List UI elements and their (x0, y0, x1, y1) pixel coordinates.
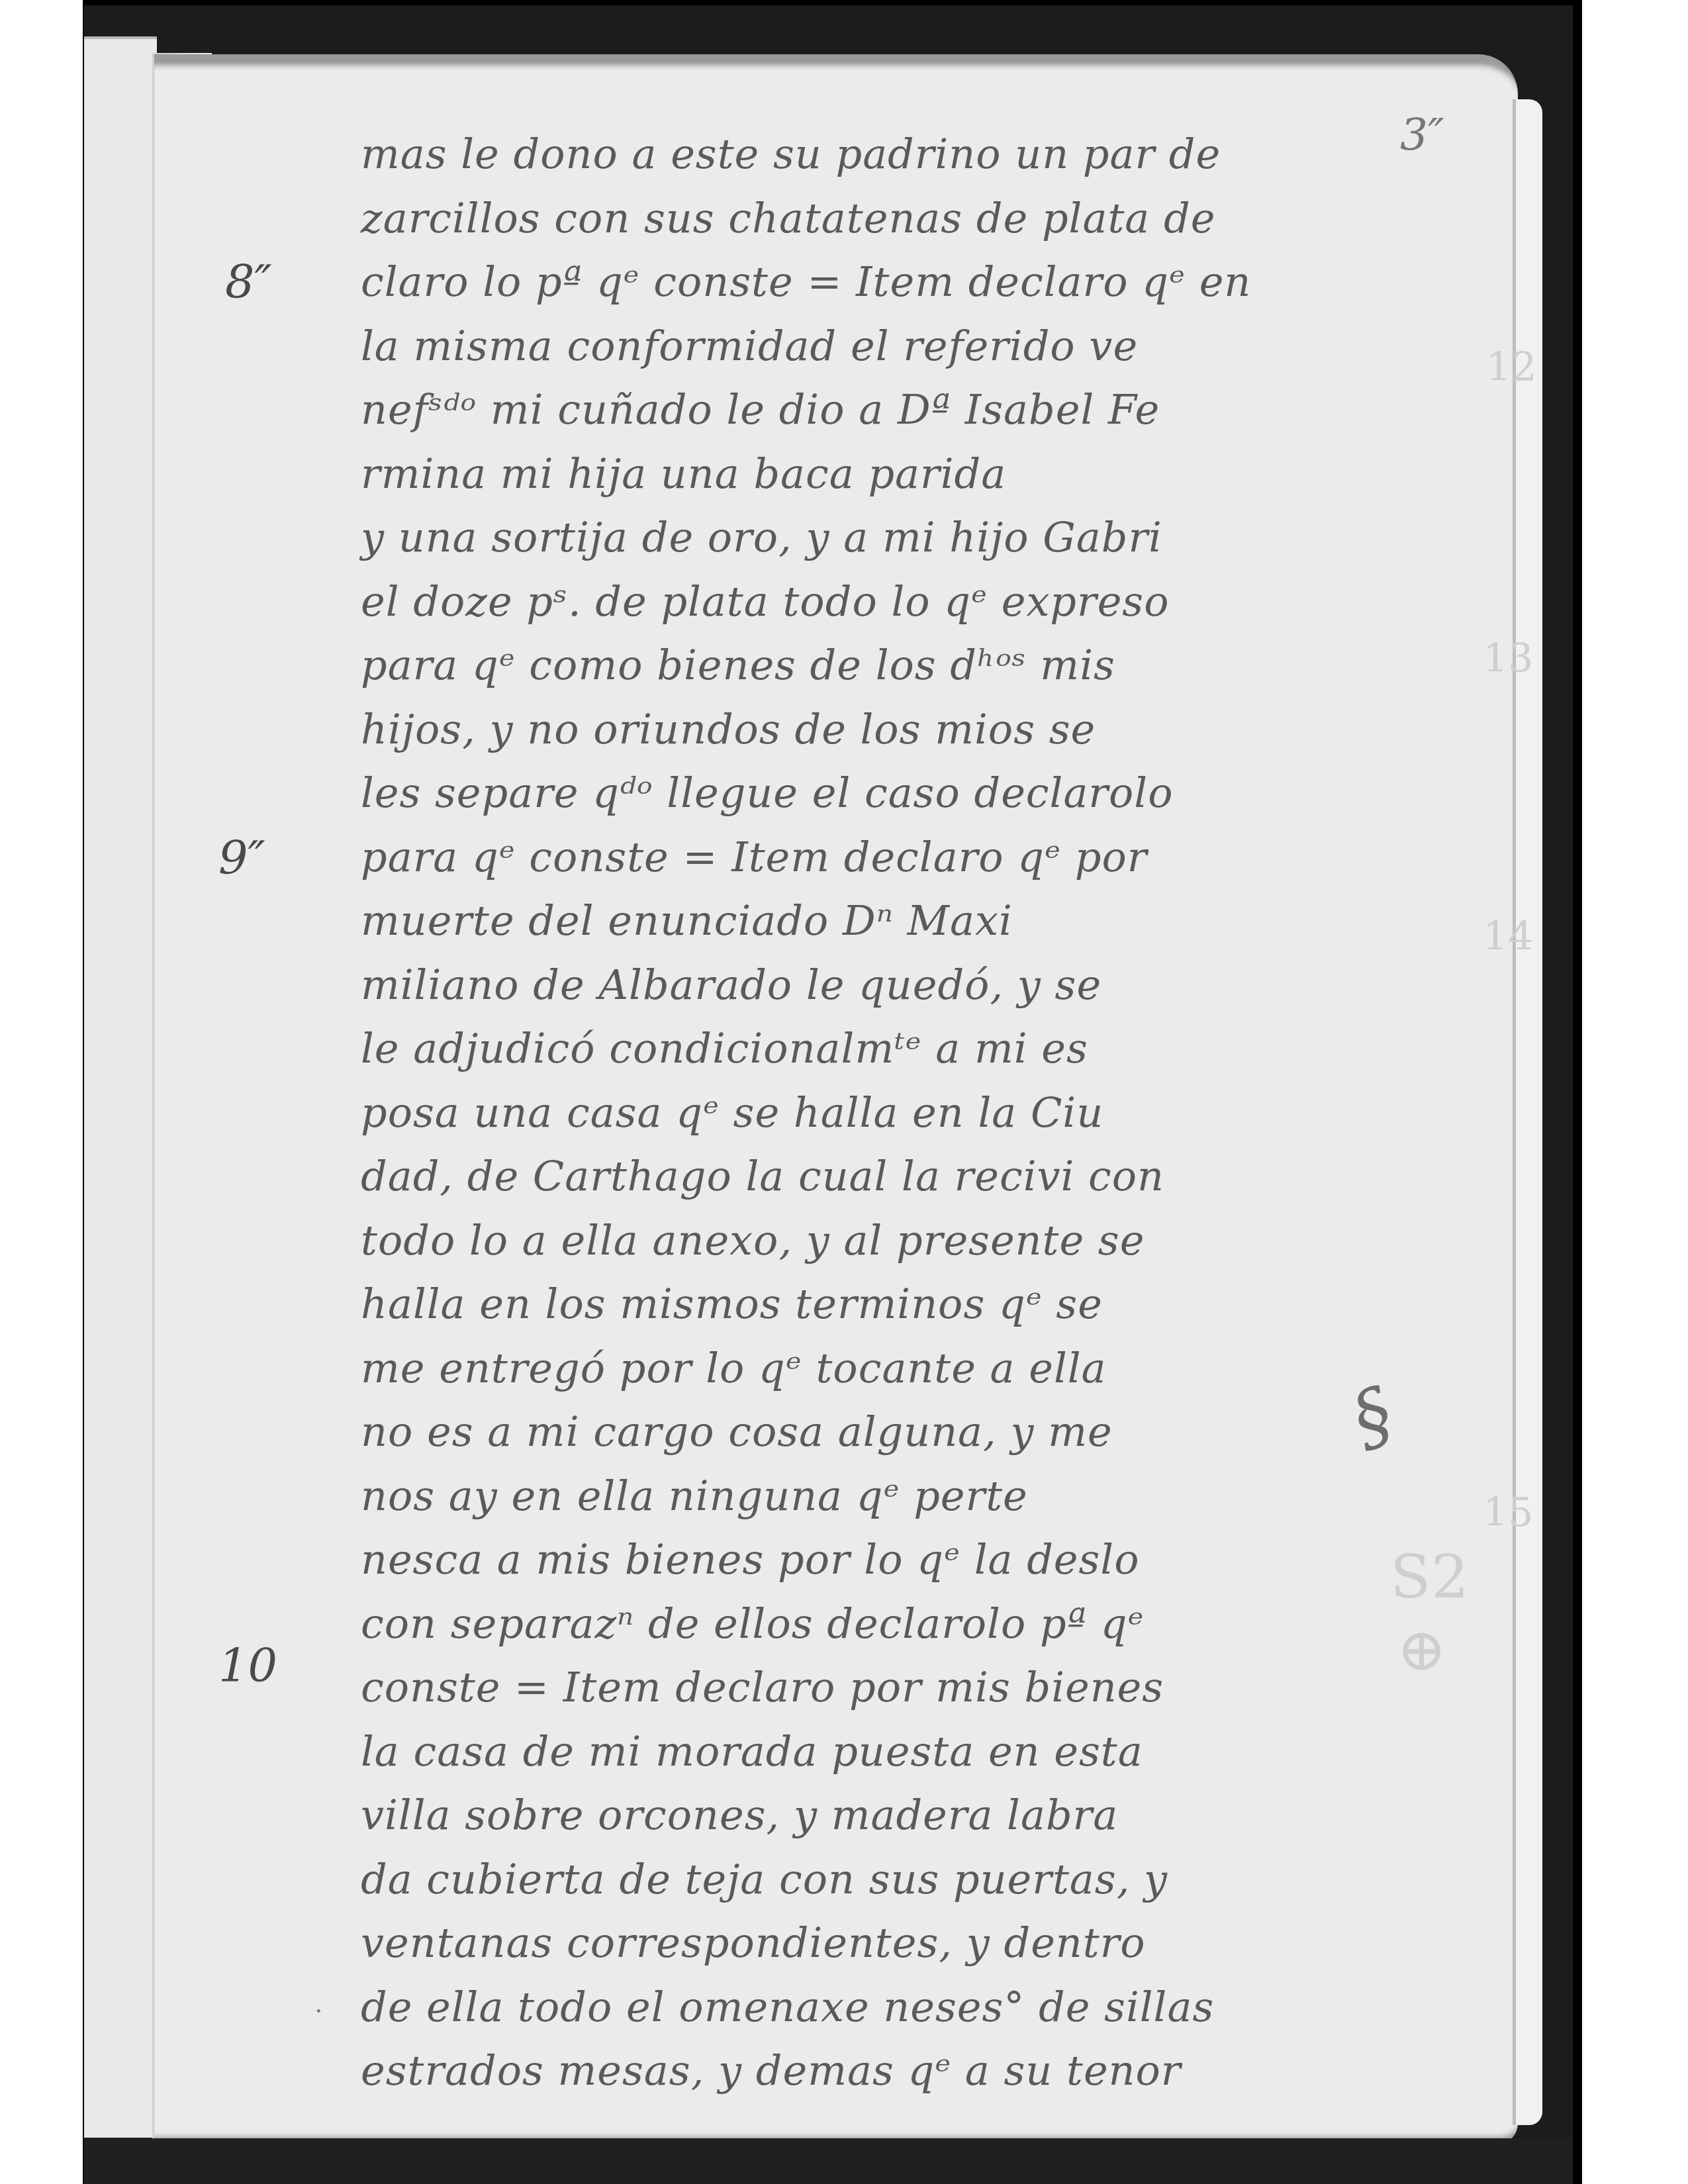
bleed-through-number: 14 (1483, 914, 1533, 960)
manuscript-line: nefˢᵈᵒ mi cuñado le dio a Dª Isabel Fe (361, 378, 1380, 442)
manuscript-line: claro lo pª qᵉ conste = Item declaro qᵉ … (361, 250, 1380, 314)
folio-number-value: 3 (1400, 109, 1428, 160)
previous-page-edge (84, 36, 157, 2138)
manuscript-line: todo lo a ella anexo, y al presente se (361, 1209, 1380, 1273)
folio-number: 3″ (1400, 109, 1444, 160)
manuscript-line: con separazⁿ de ellos declarolo pª qᵉ (361, 1592, 1380, 1656)
bleed-through-number: 13 (1483, 636, 1533, 682)
manuscript-line: conste = Item declaro por mis bienes (361, 1656, 1380, 1720)
scan-bottom-background (83, 2138, 1582, 2184)
manuscript-line: me entregó por lo qᵉ tocante a ella (361, 1337, 1380, 1401)
manuscript-body-text: mas le dono a este su padrino un par de … (361, 122, 1380, 2103)
manuscript-line: dad, de Carthago la cual la recivi con (361, 1145, 1380, 1209)
manuscript-line: zarcillos con sus chatatenas de plata de (361, 187, 1380, 251)
manuscript-line: el doze pˢ. de plata todo lo qᵉ expreso (361, 570, 1380, 634)
manuscript-line: ventanas correspondientes, y dentro (361, 1911, 1380, 1975)
bleed-through-number: 15 (1483, 1490, 1533, 1536)
manuscript-line: para qᵉ como bienes de los dʰᵒˢ mis (361, 634, 1380, 698)
manuscript-line: muerte del enunciado Dⁿ Maxi (361, 889, 1380, 953)
manuscript-line: la misma conformidad el referido ve (361, 314, 1380, 379)
manuscript-line: villa sobre orcones, y madera labra (361, 1783, 1380, 1848)
margin-note-item-9: 9″ (218, 831, 265, 885)
folio-suffix: ″ (1428, 109, 1444, 160)
manuscript-line: les separe qᵈᵒ llegue el caso declarolo (361, 761, 1380, 826)
manuscript-line: nos ay en ella ninguna qᵉ perte (361, 1464, 1380, 1529)
manuscript-line: nesca a mis bienes por lo qᵉ la deslo (361, 1528, 1380, 1592)
manuscript-line: para qᵉ conste = Item declaro qᵉ por (361, 826, 1380, 890)
manuscript-line: de ella todo el omenaxe neses° de sillas (361, 1975, 1380, 2040)
right-paper-edge (1513, 99, 1542, 2125)
bleed-through-cross-mark: ⊕ (1397, 1615, 1446, 1685)
manuscript-line: da cubierta de teja con sus puertas, y (361, 1848, 1380, 1912)
manuscript-line: miliano de Albarado le quedó, y se (361, 953, 1380, 1018)
manuscript-line: posa una casa qᵉ se halla en la Ciu (361, 1081, 1380, 1145)
bleed-through-number: 12 (1486, 344, 1536, 391)
manuscript-line: hijos, y no oriundos de los mios se (361, 698, 1380, 762)
manuscript-line: la casa de mi morada puesta en esta (361, 1720, 1380, 1784)
manuscript-line: halla en los mismos terminos qᵉ se (361, 1272, 1380, 1337)
margin-note-item-8: 8″ (225, 255, 272, 309)
manuscript-line: mas le dono a este su padrino un par de (361, 122, 1380, 187)
manuscript-line: y una sortija de oro, y a mi hijo Gabri (361, 506, 1380, 570)
stray-ink-mark: · (314, 1996, 323, 2026)
manuscript-line: le adjudicó condicionalmᵗᵉ a mi es (361, 1017, 1380, 1081)
margin-note-item-10: 10 (218, 1638, 277, 1693)
bleed-through-mark: S2 (1390, 1543, 1469, 1612)
manuscript-line: no es a mi cargo cosa alguna, y me (361, 1400, 1380, 1464)
manuscript-line: rmina mi hija una baca parida (361, 442, 1380, 506)
manuscript-line: estrados mesas, y demas qᵉ a su tenor (361, 2039, 1380, 2103)
